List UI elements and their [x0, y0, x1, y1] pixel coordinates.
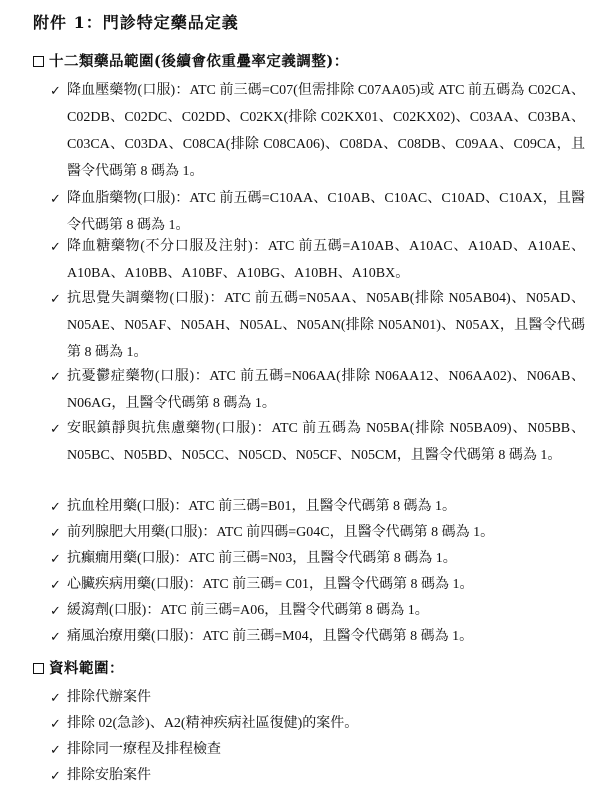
- list-item: ✓ 排除代辦案件: [50, 684, 585, 711]
- checkmark-icon: ✓: [50, 493, 66, 520]
- list-item-text: 痛風治療用藥(口服)：ATC 前三碼=M04，且醫令代碼第 8 碼為 1。: [50, 623, 585, 650]
- list-item-text: 抗憂鬱症藥物(口服)：ATC 前五碼=N06AA(排除 N06AA12、N06A…: [50, 363, 585, 417]
- checkmark-icon: ✓: [50, 285, 66, 312]
- checkmark-icon: ✓: [50, 415, 66, 442]
- list-item-text: 緩瀉劑(口服)：ATC 前三碼=A06，且醫令代碼第 8 碼為 1。: [50, 597, 585, 624]
- list-item-text: 排除代辦案件: [50, 684, 585, 711]
- checkmark-icon: ✓: [50, 545, 66, 572]
- document-page: 附件 1：門診特定藥品定義 十二類藥品範圍(後續會依重疊率定義調整)： ✓ 降血…: [0, 0, 600, 799]
- checkmark-icon: ✓: [50, 363, 66, 390]
- list-item: ✓ 排除 02(急診)、A2(精神疾病社區復健)的案件。: [50, 710, 585, 737]
- list-item-text: 抗癲癇用藥(口服)：ATC 前三碼=N03，且醫令代碼第 8 碼為 1。: [50, 545, 585, 572]
- checkmark-icon: ✓: [50, 77, 66, 104]
- checkbox-square-icon: [33, 56, 44, 67]
- list-item: ✓ 排除安胎案件: [50, 762, 585, 789]
- list-item: ✓ 痛風治療用藥(口服)：ATC 前三碼=M04，且醫令代碼第 8 碼為 1。: [50, 623, 585, 650]
- checkmark-icon: ✓: [50, 597, 66, 624]
- checkmark-icon: ✓: [50, 571, 66, 598]
- list-item-text: 前列腺肥大用藥(口服)：ATC 前四碼=G04C，且醫令代碼第 8 碼為 1。: [50, 519, 585, 546]
- checkmark-icon: ✓: [50, 519, 66, 546]
- list-item-text: 降血壓藥物(口服)：ATC 前三碼=C07(但需排除 C07AA05)或 ATC…: [50, 77, 585, 185]
- section-heading-text: 資料範圍：: [49, 660, 124, 677]
- list-item-text: 降血脂藥物(口服)：ATC 前五碼=C10AA、C10AB、C10AC、C10A…: [50, 185, 585, 239]
- list-item: ✓ 安眠鎮靜與抗焦慮藥物(口服)：ATC 前五碼為 N05BA(排除 N05BA…: [50, 415, 585, 469]
- list-item: ✓ 抗癲癇用藥(口服)：ATC 前三碼=N03，且醫令代碼第 8 碼為 1。: [50, 545, 585, 572]
- list-item-text: 抗血栓用藥(口服)：ATC 前三碼=B01，且醫令代碼第 8 碼為 1。: [50, 493, 585, 520]
- checkmark-icon: ✓: [50, 233, 66, 260]
- checkmark-icon: ✓: [50, 684, 66, 711]
- section-heading-drug-scope: 十二類藥品範圍(後續會依重疊率定義調整)：: [33, 51, 349, 73]
- checkmark-icon: ✓: [50, 736, 66, 763]
- list-item: ✓ 降血壓藥物(口服)：ATC 前三碼=C07(但需排除 C07AA05)或 A…: [50, 77, 585, 185]
- list-item-text: 安眠鎮靜與抗焦慮藥物(口服)：ATC 前五碼為 N05BA(排除 N05BA09…: [50, 415, 585, 469]
- list-item-text: 心臟疾病用藥(口服)：ATC 前三碼= C01，且醫令代碼第 8 碼為 1。: [50, 571, 585, 598]
- list-item: ✓ 降血脂藥物(口服)：ATC 前五碼=C10AA、C10AB、C10AC、C1…: [50, 185, 585, 239]
- checkbox-square-icon: [33, 663, 44, 674]
- list-item: ✓ 降血糖藥物(不分口服及注射)：ATC 前五碼=A10AB、A10AC、A10…: [50, 233, 585, 287]
- list-item: ✓ 抗血栓用藥(口服)：ATC 前三碼=B01，且醫令代碼第 8 碼為 1。: [50, 493, 585, 520]
- list-item-text: 排除同一療程及排程檢查: [50, 736, 585, 763]
- list-item-text: 抗思覺失調藥物(口服)：ATC 前五碼=N05AA、N05AB(排除 N05AB…: [50, 285, 585, 366]
- list-item: ✓ 排除同一療程及排程檢查: [50, 736, 585, 763]
- list-item: ✓ 緩瀉劑(口服)：ATC 前三碼=A06，且醫令代碼第 8 碼為 1。: [50, 597, 585, 624]
- list-item-text: 排除安胎案件: [50, 762, 585, 789]
- page-title: 附件 1：門診特定藥品定義: [33, 12, 239, 34]
- list-item: ✓ 抗憂鬱症藥物(口服)：ATC 前五碼=N06AA(排除 N06AA12、N0…: [50, 363, 585, 417]
- list-item: ✓ 前列腺肥大用藥(口服)：ATC 前四碼=G04C，且醫令代碼第 8 碼為 1…: [50, 519, 585, 546]
- section-heading-text: 十二類藥品範圍(後續會依重疊率定義調整)：: [49, 53, 349, 70]
- list-item-text: 降血糖藥物(不分口服及注射)：ATC 前五碼=A10AB、A10AC、A10AD…: [50, 233, 585, 287]
- section-heading-data-scope: 資料範圍：: [33, 658, 124, 680]
- list-item: ✓ 心臟疾病用藥(口服)：ATC 前三碼= C01，且醫令代碼第 8 碼為 1。: [50, 571, 585, 598]
- checkmark-icon: ✓: [50, 762, 66, 789]
- checkmark-icon: ✓: [50, 185, 66, 212]
- checkmark-icon: ✓: [50, 623, 66, 650]
- checkmark-icon: ✓: [50, 710, 66, 737]
- list-item: ✓ 抗思覺失調藥物(口服)：ATC 前五碼=N05AA、N05AB(排除 N05…: [50, 285, 585, 366]
- list-item-text: 排除 02(急診)、A2(精神疾病社區復健)的案件。: [50, 710, 585, 737]
